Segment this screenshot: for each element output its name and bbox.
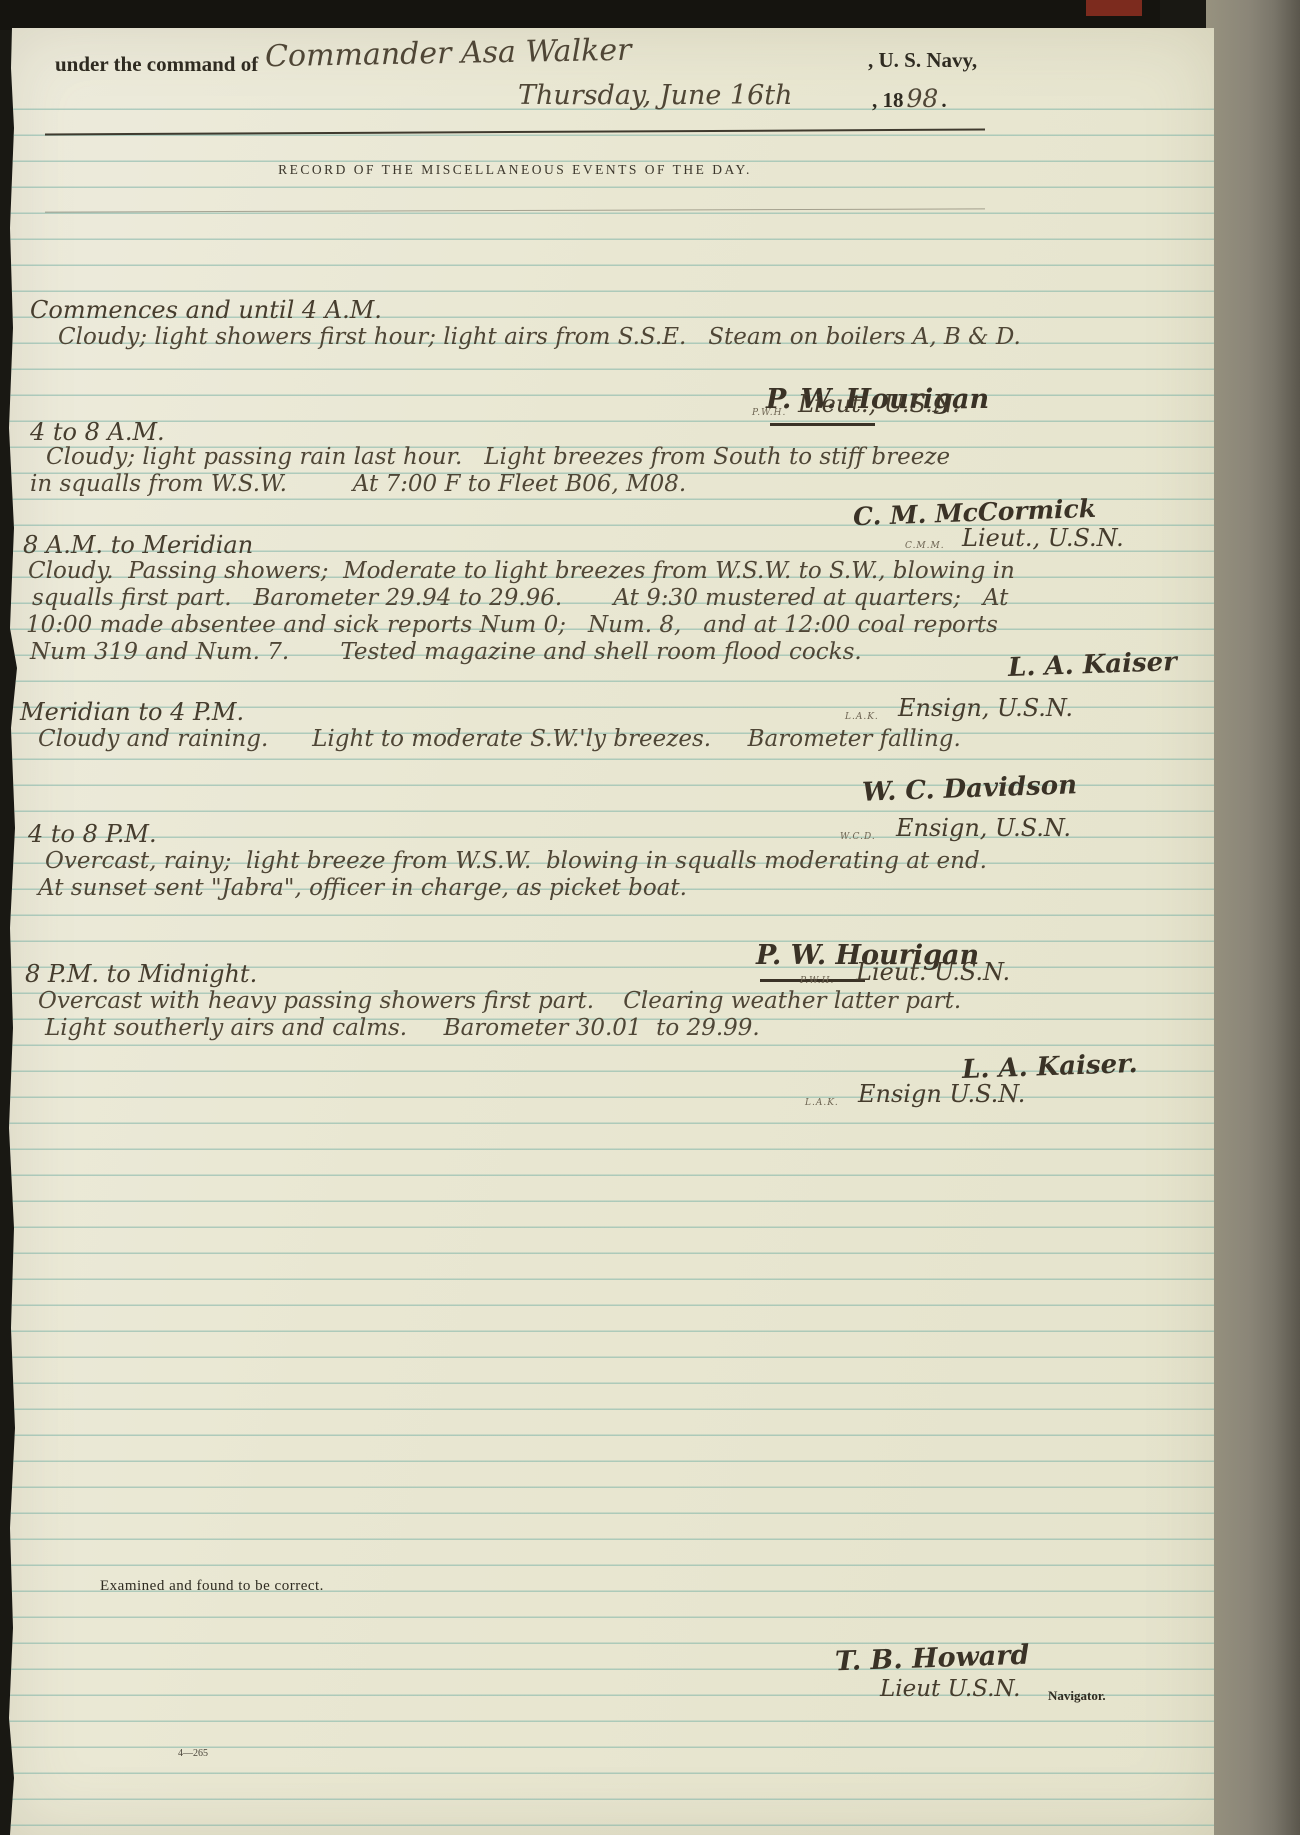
- form-number: 4—265: [178, 1748, 208, 1759]
- year-group: , 18 98 .: [872, 84, 947, 113]
- entry-2-signature-initials: C.M.M.: [905, 541, 945, 551]
- entry-6-heading: 8 P.M. to Midnight.: [25, 960, 257, 988]
- entry-5-signature-rank: Lieut. U.S.N.: [856, 958, 1010, 986]
- entry-5-heading: 4 to 8 P.M.: [28, 820, 157, 848]
- entry-4-signature: W. C. Davidson: [862, 770, 1078, 807]
- entry-3-line-4: Num 319 and Num. 7. Tested magazine and …: [30, 639, 862, 665]
- entry-3-line-3: 10:00 made absentee and sick reports Num…: [26, 612, 998, 638]
- entry-2-signature-rank: Lieut., U.S.N.: [962, 524, 1124, 552]
- entry-6-line-2: Light southerly airs and calms. Baromete…: [45, 1015, 760, 1041]
- entry-4-heading: Meridian to 4 P.M.: [20, 698, 244, 726]
- entry-2-line-1: Cloudy; light passing rain last hour. Li…: [46, 444, 950, 470]
- examined-statement: Examined and found to be correct.: [100, 1578, 324, 1595]
- navigator-rank: Lieut U.S.N.: [880, 1676, 1020, 1702]
- entry-6-signature-rank: Ensign U.S.N.: [858, 1080, 1025, 1108]
- entry-3-heading: 8 A.M. to Meridian: [23, 531, 253, 559]
- page-content: under the command of Commander Asa Walke…: [0, 0, 1300, 1835]
- entry-2-heading: 4 to 8 A.M.: [30, 418, 165, 446]
- navigator-signature: T. B. Howard: [835, 1640, 1030, 1678]
- entry-6-line-1: Overcast with heavy passing showers firs…: [38, 988, 961, 1014]
- commander-name-handwritten: Commander Asa Walker: [265, 33, 632, 74]
- command-prefix-label: under the command of: [55, 52, 258, 77]
- navy-suffix-label: , U. S. Navy,: [868, 48, 977, 73]
- date-handwritten: Thursday, June 16th: [518, 80, 793, 111]
- entry-4-signature-rank: Ensign, U.S.N.: [896, 814, 1071, 842]
- entry-4-line-1: Cloudy and raining. Light to moderate S.…: [38, 726, 961, 752]
- subheader-rule: [45, 208, 985, 212]
- navigator-printed-label: Navigator.: [1048, 1688, 1106, 1704]
- entry-3-signature: L. A. Kaiser: [1008, 647, 1178, 683]
- entry-3-line-1: Cloudy. Passing showers; Moderate to lig…: [28, 558, 1015, 584]
- section-title: RECORD OF THE MISCELLANEOUS EVENTS OF TH…: [45, 162, 985, 178]
- header-rule: [45, 129, 985, 136]
- entry-3-signature-rank: Ensign, U.S.N.: [898, 694, 1073, 722]
- entry-1-signature-initials: P.W.H.: [752, 408, 786, 418]
- entry-1-heading: Commences and until 4 A.M.: [30, 296, 382, 324]
- entry-5-line-1: Overcast, rainy; light breeze from W.S.W…: [45, 848, 987, 874]
- signature-flourish-line: [770, 423, 875, 426]
- entry-5-signature-initials: P.W.H.: [800, 976, 834, 986]
- entry-1-line-1: Cloudy; light showers first hour; light …: [58, 324, 1021, 350]
- year-printed-prefix: , 18: [872, 88, 904, 113]
- entry-3-signature-initials: L.A.K.: [845, 712, 879, 722]
- entry-5-line-2: At sunset sent "Jabra", officer in charg…: [38, 875, 687, 901]
- year-handwritten: 98: [907, 84, 939, 113]
- year-period: .: [941, 88, 946, 113]
- entry-3-line-2: squalls first part. Barometer 29.94 to 2…: [32, 585, 1008, 611]
- entry-4-signature-initials: W.C.D.: [840, 832, 876, 842]
- entry-6-signature-initials: L.A.K.: [805, 1098, 839, 1108]
- entry-2-line-2: in squalls from W.S.W. At 7:00 F to Flee…: [30, 471, 686, 497]
- entry-1-signature-rank: Lieut., U.S.N.: [798, 390, 960, 418]
